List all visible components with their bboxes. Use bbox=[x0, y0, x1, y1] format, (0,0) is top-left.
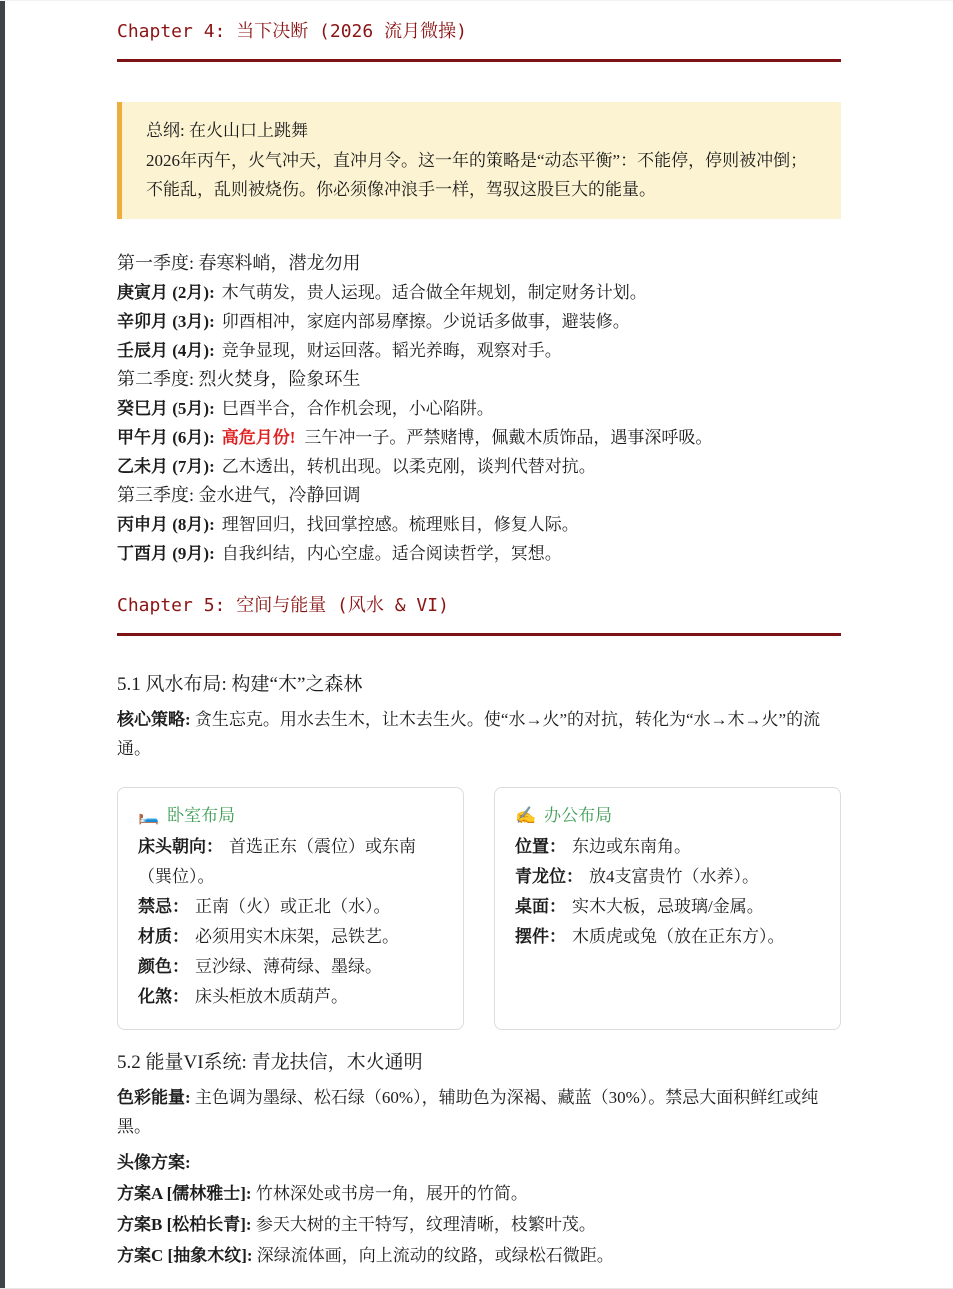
item-label: 床头朝向： bbox=[138, 837, 223, 856]
card-item: 颜色：豆沙绿、薄荷绿、墨绿。 bbox=[138, 952, 443, 982]
bedroom-card: 🛏️卧室布局 床头朝向：首选正东（震位）或东南（巽位）。 禁忌：正南（火）或正北… bbox=[117, 787, 464, 1030]
item-label: 摆件： bbox=[515, 927, 566, 946]
plan-row: 方案B [松柏长青]: 参天大树的主干特写，纹理清晰，枝繁叶茂。 bbox=[117, 1210, 841, 1239]
card-item: 材质：必须用实木床架，忌铁艺。 bbox=[138, 922, 443, 952]
month-row: 壬辰月 (4月):竞争显现，财运回落。韬光养晦，观察对手。 bbox=[117, 336, 841, 365]
summary-callout: 总纲: 在火山口上跳舞 2026年丙午，火气冲天，直冲月令。这一年的策略是“动态… bbox=[117, 102, 841, 219]
plan-row: 方案A [儒林雅士]: 竹林深处或书房一角，展开的竹简。 bbox=[117, 1179, 841, 1208]
month-label: 辛卯月 (3月): bbox=[117, 312, 215, 331]
month-label: 庚寅月 (2月): bbox=[117, 283, 215, 302]
month-row: 乙未月 (7月):乙木透出，转机出现。以柔克刚，谈判代替对抗。 bbox=[117, 452, 841, 481]
month-text: 竞争显现，财运回落。韬光养晦，观察对手。 bbox=[222, 341, 562, 360]
plan-text: 参天大树的主干特写，纹理清晰，枝繁叶茂。 bbox=[256, 1215, 596, 1234]
quarter-heading: 第一季度: 春寒料峭，潜龙勿用 bbox=[117, 249, 841, 278]
card-item: 化煞：床头柜放木质葫芦。 bbox=[138, 982, 443, 1012]
month-row: 丁酉月 (9月):自我纠结，内心空虚。适合阅读哲学，冥想。 bbox=[117, 539, 841, 568]
month-text: 木气萌发，贵人运现。适合做全年规划，制定财务计划。 bbox=[222, 283, 647, 302]
chapter4-rule bbox=[117, 59, 841, 62]
plan-row: 方案C [抽象木纹]: 深绿流体画，向上流动的纹路，或绿松石微距。 bbox=[117, 1241, 841, 1270]
month-label: 甲午月 (6月): bbox=[117, 428, 215, 447]
office-card-title: ✍️办公布局 bbox=[515, 801, 820, 831]
item-label: 位置： bbox=[515, 837, 566, 856]
item-label: 化煞： bbox=[138, 987, 189, 1006]
high-risk-badge: 高危月份! bbox=[222, 428, 296, 447]
month-text: 理智回归，找回掌控感。梳理账目，修复人际。 bbox=[222, 515, 579, 534]
callout-title: 总纲: 在火山口上跳舞 bbox=[146, 116, 817, 145]
plan-text: 竹林深处或书房一角，展开的竹简。 bbox=[256, 1184, 528, 1203]
item-text: 豆沙绿、薄荷绿、墨绿。 bbox=[195, 957, 382, 976]
item-label: 禁忌： bbox=[138, 897, 189, 916]
office-card-title-text: 办公布局 bbox=[544, 806, 612, 825]
bedroom-card-title: 🛏️卧室布局 bbox=[138, 801, 443, 831]
month-row: 丙申月 (8月):理智回归，找回掌控感。梳理账目，修复人际。 bbox=[117, 510, 841, 539]
month-row: 庚寅月 (2月):木气萌发，贵人运现。适合做全年规划，制定财务计划。 bbox=[117, 278, 841, 307]
bedroom-card-title-text: 卧室布局 bbox=[167, 806, 235, 825]
item-text: 床头柜放木质葫芦。 bbox=[195, 987, 348, 1006]
color-energy-text: 主色调为墨绿、松石绿（60%），辅助色为深褐、藏蓝（30%）。禁忌大面积鲜红或纯… bbox=[117, 1088, 818, 1136]
color-energy-label: 色彩能量: bbox=[117, 1088, 191, 1107]
item-text: 东边或东南角。 bbox=[572, 837, 691, 856]
callout-body: 2026年丙午，火气冲天，直冲月令。这一年的策略是“动态平衡”：不能停，停则被冲… bbox=[146, 146, 817, 204]
card-item: 青龙位：放4支富贵竹（水养）。 bbox=[515, 862, 820, 892]
avatar-plan-list: 方案A [儒林雅士]: 竹林深处或书房一角，展开的竹简。 方案B [松柏长青]:… bbox=[117, 1179, 841, 1270]
card-item: 位置：东边或东南角。 bbox=[515, 832, 820, 862]
core-strategy-paragraph: 核心策略: 贪生忘克。用水去生木，让木去生火。使“水→火”的对抗，转化为“水→木… bbox=[117, 705, 841, 763]
month-row: 辛卯月 (3月):卯酉相冲，家庭内部易摩擦。少说话多做事，避装修。 bbox=[117, 307, 841, 336]
month-label: 癸巳月 (5月): bbox=[117, 399, 215, 418]
item-text: 放4支富贵竹（水养）。 bbox=[589, 867, 759, 886]
card-item: 摆件：木质虎或兔（放在正东方）。 bbox=[515, 922, 820, 952]
card-item: 禁忌：正南（火）或正北（水）。 bbox=[138, 892, 443, 922]
month-text: 卯酉相冲，家庭内部易摩擦。少说话多做事，避装修。 bbox=[222, 312, 630, 331]
item-label: 桌面： bbox=[515, 897, 566, 916]
card-item: 床头朝向：首选正东（震位）或东南（巽位）。 bbox=[138, 832, 443, 892]
month-text: 巳酉半合，合作机会现，小心陷阱。 bbox=[222, 399, 494, 418]
chapter4-heading: Chapter 4: 当下决断 (2026 流月微操) bbox=[117, 21, 841, 43]
core-strategy-text: 贪生忘克。用水去生木，让木去生火。使“水→火”的对抗，转化为“水→木→火”的流通… bbox=[117, 710, 820, 758]
section-5-1-heading: 5.1 风水布局: 构建“木”之森林 bbox=[117, 672, 841, 698]
month-text: 自我纠结，内心空虚。适合阅读哲学，冥想。 bbox=[222, 544, 562, 563]
month-row: 甲午月 (6月):高危月份!三午冲一子。严禁赌博，佩戴木质饰品，遇事深呼吸。 bbox=[117, 423, 841, 452]
chapter5-rule bbox=[117, 633, 841, 636]
month-text: 乙木透出，转机出现。以柔克刚，谈判代替对抗。 bbox=[222, 457, 596, 476]
avatar-plans-heading: 头像方案: bbox=[117, 1148, 841, 1177]
item-label: 颜色： bbox=[138, 957, 189, 976]
chapter5-heading: Chapter 5: 空间与能量 (风水 & VI) bbox=[117, 595, 841, 617]
quarter-heading: 第二季度: 烈火焚身，险象环生 bbox=[117, 365, 841, 394]
plan-label: 方案C [抽象木纹]: bbox=[117, 1246, 253, 1265]
writing-hand-icon: ✍️ bbox=[515, 806, 536, 825]
document-body: Chapter 4: 当下决断 (2026 流月微操) 总纲: 在火山口上跳舞 … bbox=[117, 1, 841, 1270]
card-item: 桌面：实木大板，忌玻璃/金属。 bbox=[515, 892, 820, 922]
left-edge-bar bbox=[0, 1, 5, 1288]
item-label: 青龙位： bbox=[515, 867, 583, 886]
plan-label: 方案B [松柏长青]: bbox=[117, 1215, 252, 1234]
item-text: 正南（火）或正北（水）。 bbox=[195, 897, 391, 916]
monthly-forecast-list: 第一季度: 春寒料峭，潜龙勿用 庚寅月 (2月):木气萌发，贵人运现。适合做全年… bbox=[117, 249, 841, 568]
month-label: 丁酉月 (9月): bbox=[117, 544, 215, 563]
month-text: 三午冲一子。严禁赌博，佩戴木质饰品，遇事深呼吸。 bbox=[304, 428, 712, 447]
chapter5-section: Chapter 5: 空间与能量 (风水 & VI) 5.1 风水布局: 构建“… bbox=[117, 595, 841, 1270]
month-label: 丙申月 (8月): bbox=[117, 515, 215, 534]
item-text: 木质虎或兔（放在正东方）。 bbox=[572, 927, 785, 946]
item-text: 实木大板，忌玻璃/金属。 bbox=[572, 897, 764, 916]
core-strategy-label: 核心策略: bbox=[117, 710, 191, 729]
item-text: 必须用实木床架，忌铁艺。 bbox=[195, 927, 399, 946]
month-row: 癸巳月 (5月):巳酉半合，合作机会现，小心陷阱。 bbox=[117, 394, 841, 423]
month-label: 乙未月 (7月): bbox=[117, 457, 215, 476]
bed-icon: 🛏️ bbox=[138, 806, 159, 825]
plan-label: 方案A [儒林雅士]: bbox=[117, 1184, 252, 1203]
office-card: ✍️办公布局 位置：东边或东南角。 青龙位：放4支富贵竹（水养）。 桌面：实木大… bbox=[494, 787, 841, 1030]
quarter-heading: 第三季度: 金水进气，冷静回调 bbox=[117, 481, 841, 510]
item-label: 材质： bbox=[138, 927, 189, 946]
section-5-2-heading: 5.2 能量VI系统: 青龙扶信，木火通明 bbox=[117, 1050, 841, 1076]
fengshui-cards: 🛏️卧室布局 床头朝向：首选正东（震位）或东南（巽位）。 禁忌：正南（火）或正北… bbox=[117, 787, 841, 1030]
color-energy-paragraph: 色彩能量: 主色调为墨绿、松石绿（60%），辅助色为深褐、藏蓝（30%）。禁忌大… bbox=[117, 1083, 841, 1141]
plan-text: 深绿流体画，向上流动的纹路，或绿松石微距。 bbox=[257, 1246, 614, 1265]
month-label: 壬辰月 (4月): bbox=[117, 341, 215, 360]
